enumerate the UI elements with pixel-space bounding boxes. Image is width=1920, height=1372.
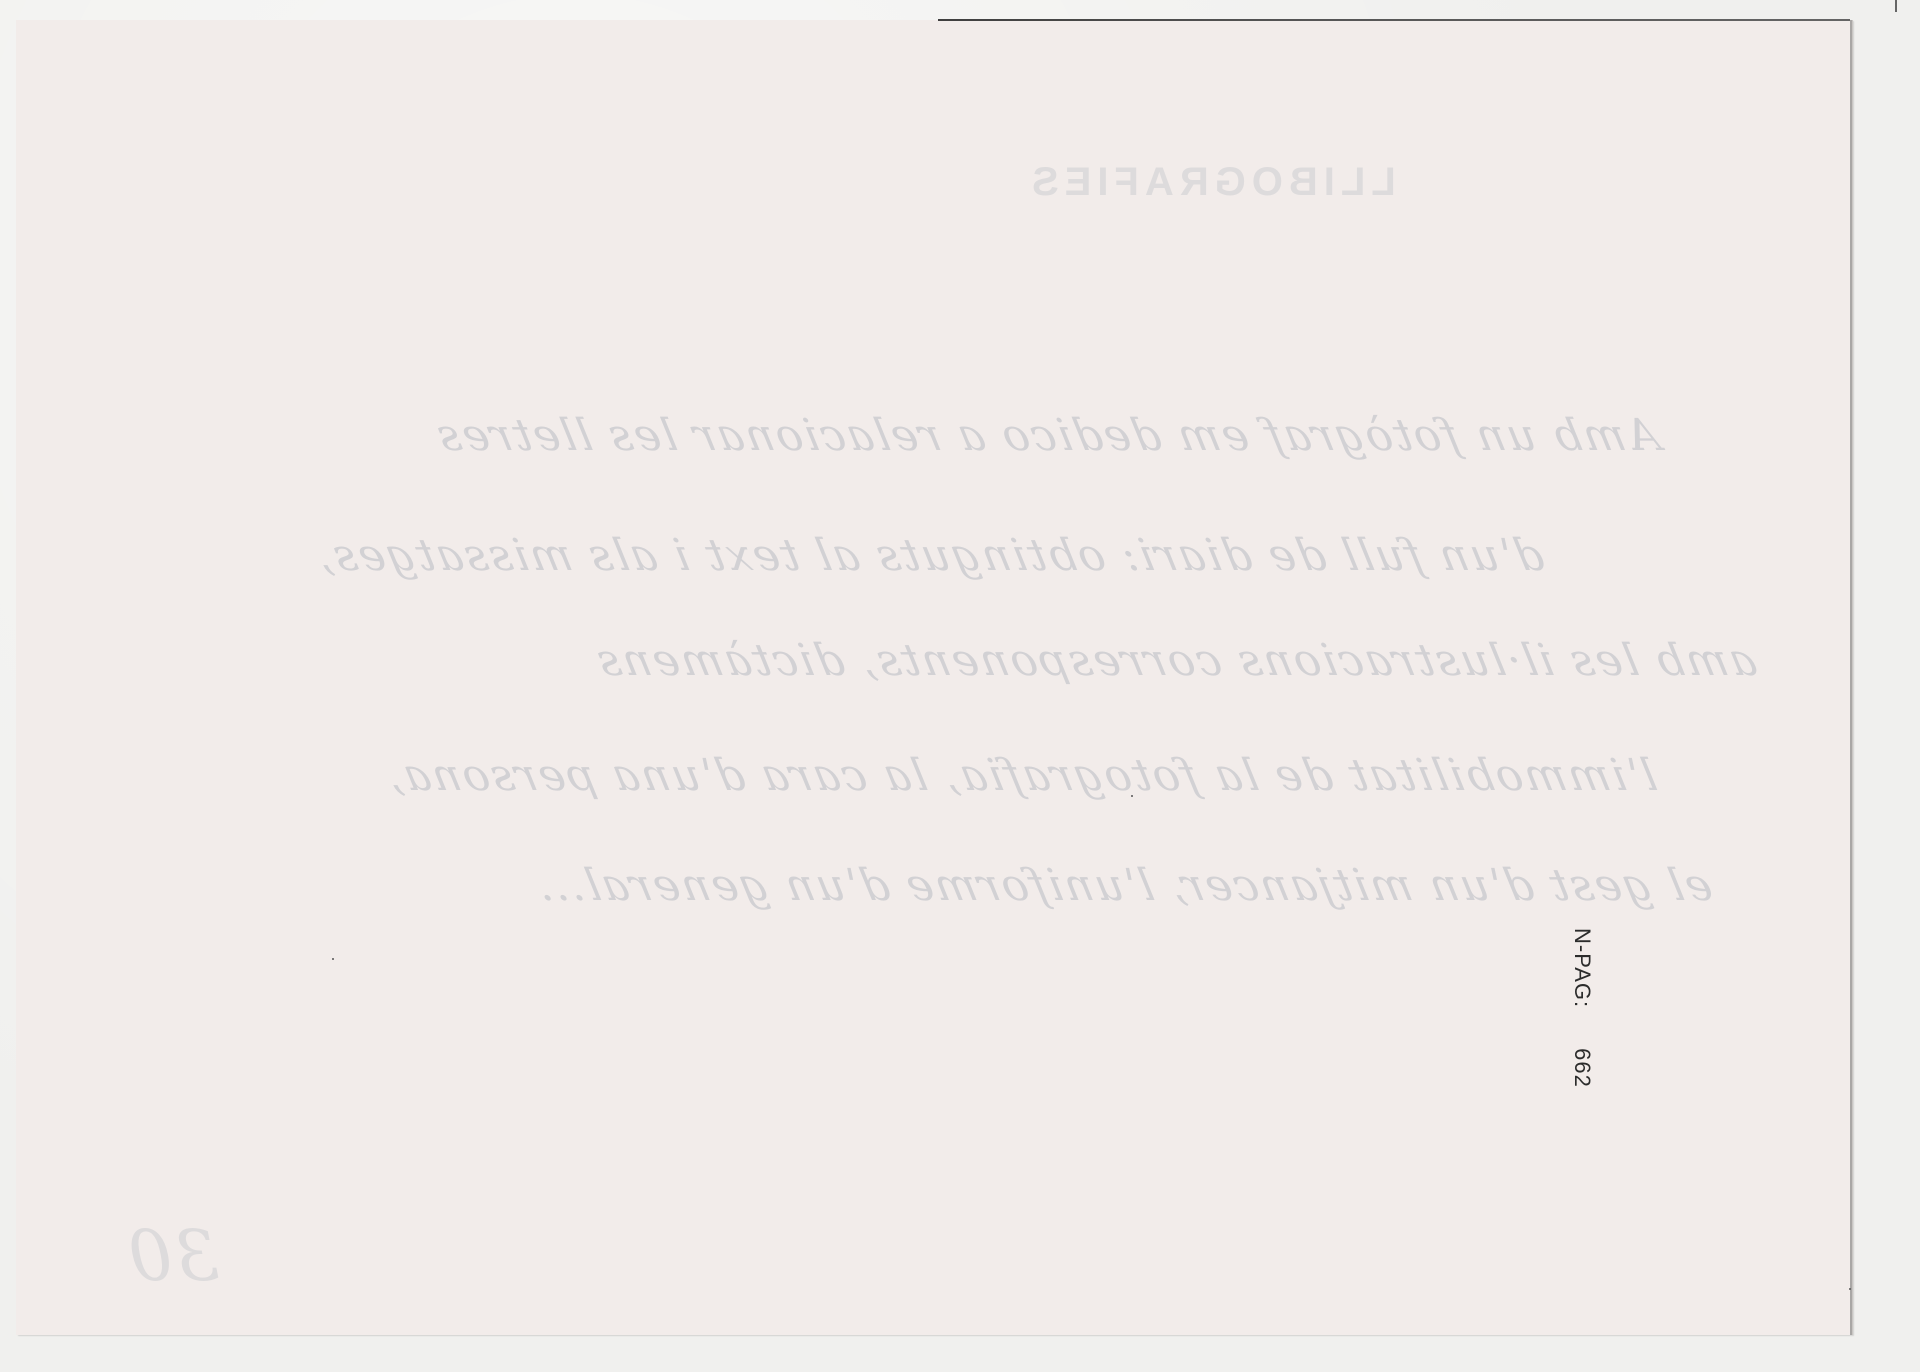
show-through-page-number: 30 bbox=[126, 1215, 219, 1297]
show-through-line: d'un full de diari: obtinguts al text i … bbox=[311, 530, 1549, 581]
show-through-line: Amb un fotògraf em dedico a relacionar l… bbox=[431, 410, 1665, 461]
stamp-value: 662 bbox=[1570, 1048, 1595, 1088]
scanner-edge-mark bbox=[1895, 0, 1897, 12]
paper-speck bbox=[1131, 795, 1133, 797]
show-through-line: el gest d'un mitjancer, l'uniforme d'un … bbox=[531, 860, 1717, 911]
paper-top-edge-shadow bbox=[938, 19, 1850, 21]
show-through-heading: LLIBOGRAFIES bbox=[1026, 160, 1396, 205]
stamp-label: N-PAG: bbox=[1570, 928, 1595, 1008]
paper-speck bbox=[332, 958, 334, 960]
show-through-line: amb les il·lustracions corresponents, di… bbox=[591, 635, 1762, 686]
show-through-line: l'immobilitat de la fotografia, la cara … bbox=[381, 750, 1662, 801]
paper-speck bbox=[1849, 1288, 1851, 1290]
page-number-stamp: N-PAG:662 bbox=[1569, 928, 1595, 1168]
